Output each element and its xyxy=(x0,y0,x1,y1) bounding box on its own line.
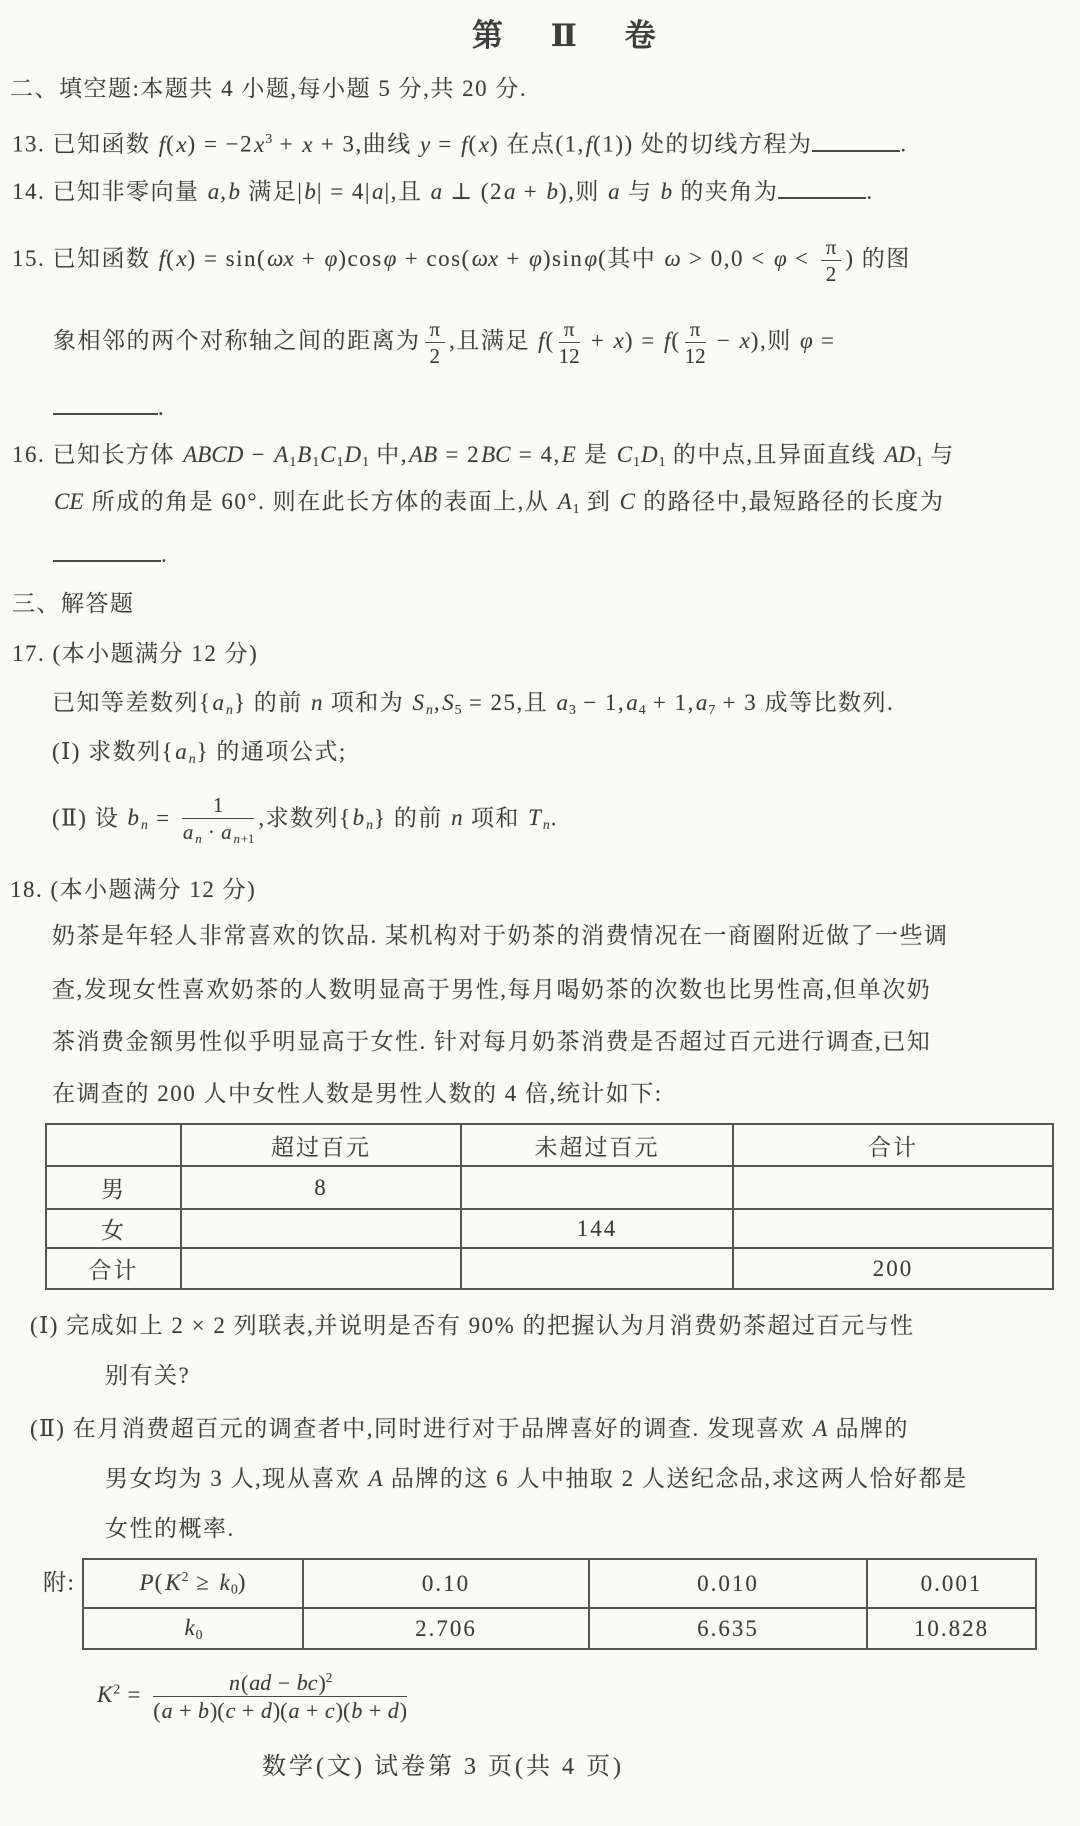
question-15-line-2: 象相邻的两个对称轴之间的距离为π2,且满足 f(π12 + x) = f(π12… xyxy=(53,318,835,367)
cell-female-total xyxy=(733,1209,1053,1248)
question-18-para-line-3: 茶消费金额男性似乎明显高于女性. 针对每月奶茶消费是否超过百元进行调查,已知 xyxy=(52,1027,931,1057)
cell-corner xyxy=(46,1124,181,1166)
cell-grand-total: 200 xyxy=(733,1248,1053,1289)
question-18-para-line-1: 奶茶是年轻人非常喜欢的饮品. 某机构对于奶茶的消费情况在一商圈附近做了一些调 xyxy=(52,921,949,951)
cell-male-total xyxy=(733,1166,1053,1209)
question-17-part-1: (Ⅰ) 求数列{an} 的通项公式; xyxy=(52,737,347,774)
question-18-part-2-line-2: 男女均为 3 人,现从喜欢 A 品牌的这 6 人中抽取 2 人送纪念品,求这两人… xyxy=(105,1464,968,1494)
table-row: 女 144 xyxy=(46,1209,1053,1248)
exam-page: 第 Ⅱ 卷 二、填空题:本题共 4 小题,每小题 5 分,共 20 分. 13.… xyxy=(0,0,1080,1826)
table-row: k0 2.706 6.635 10.828 xyxy=(83,1608,1036,1649)
cell-female-not-over: 144 xyxy=(461,1209,733,1248)
question-17-given: 已知等差数列{an} 的前 n 项和为 Sn,S5 = 25,且 a3 − 1,… xyxy=(52,688,894,725)
question-18-para-line-2: 查,发现女性喜欢奶茶的人数明显高于男性,每月喝奶茶的次数也比男性高,但单次奶 xyxy=(52,975,931,1005)
question-16-answer-blank: . xyxy=(53,537,168,570)
page-title: 第 Ⅱ 卷 xyxy=(472,16,676,56)
cell-k0-2706: 2.706 xyxy=(303,1608,589,1649)
cell-total-label: 合计 xyxy=(46,1248,181,1289)
table-row: 超过百元 未超过百元 合计 xyxy=(46,1124,1053,1166)
cell-total-not-over xyxy=(461,1248,733,1289)
cell-p-0010: 0.010 xyxy=(589,1559,867,1608)
cell-total-over xyxy=(181,1248,461,1289)
cell-p-0001: 0.001 xyxy=(867,1559,1036,1608)
question-18-part-2-line-3: 女性的概率. xyxy=(105,1514,235,1544)
cell-k0-10828: 10.828 xyxy=(867,1608,1036,1649)
question-16-line-1: 16. 已知长方体 ABCD − A1B1C1D1 中,AB = 2BC = 4… xyxy=(12,440,955,477)
cell-p-010: 0.10 xyxy=(303,1559,589,1608)
cell-header-over-100: 超过百元 xyxy=(181,1124,461,1166)
question-16-line-2: CE 所成的角是 60°. 则在此长方体的表面上,从 A1 到 C 的路径中,最… xyxy=(53,487,944,524)
question-14: 14. 已知非零向量 a,b 满足|b| = 4|a|,且 a ⊥ (2a + … xyxy=(12,174,874,207)
contingency-table: 超过百元 未超过百元 合计 男 8 女 144 合计 200 xyxy=(45,1123,1054,1290)
question-18-head: 18. (本小题满分 12 分) xyxy=(10,875,256,905)
appendix-label: 附: xyxy=(43,1568,75,1598)
fill-in-section-heading: 二、填空题:本题共 4 小题,每小题 5 分,共 20 分. xyxy=(10,74,527,104)
page-footer: 数学(文) 试卷第 3 页(共 4 页) xyxy=(262,1752,624,1782)
cell-k0-label: k0 xyxy=(83,1608,303,1649)
cell-female-over xyxy=(181,1209,461,1248)
solve-section-heading: 三、解答题 xyxy=(12,589,135,619)
question-13: 13. 已知函数 f(x) = −2x3 + x + 3,曲线 y = f(x)… xyxy=(12,124,908,160)
cell-k0-6635: 6.635 xyxy=(589,1608,867,1649)
question-15-answer-blank: . xyxy=(53,390,165,423)
k-squared-formula: K2 = n(ad − bc)2(a + b)(c + d)(a + c)(b … xyxy=(96,1671,411,1723)
question-18-part-2-line-1: (Ⅱ) 在月消费超百元的调查者中,同时进行对于品牌喜好的调查. 发现喜欢 A 品… xyxy=(30,1414,909,1444)
cell-male-over: 8 xyxy=(181,1166,461,1209)
question-17-head: 17. (本小题满分 12 分) xyxy=(12,639,258,669)
cell-header-total: 合计 xyxy=(733,1124,1053,1166)
question-18-part-1-line-2: 别有关? xyxy=(105,1361,190,1391)
question-15-line-1: 15. 已知函数 f(x) = sin(ωx + φ)cosφ + cos(ωx… xyxy=(12,236,911,285)
question-17-part-2: (Ⅱ) 设 bn = 1an · an+1,求数列{bn} 的前 n 项和 Tn… xyxy=(52,794,558,846)
table-row: P(K2 ≥ k0) 0.10 0.010 0.001 xyxy=(83,1559,1036,1608)
cell-male-label: 男 xyxy=(46,1166,181,1209)
cell-male-not-over xyxy=(461,1166,733,1209)
table-row: 合计 200 xyxy=(46,1248,1053,1289)
question-18-para-line-4: 在调查的 200 人中女性人数是男性人数的 4 倍,统计如下: xyxy=(52,1079,663,1109)
critical-value-table: P(K2 ≥ k0) 0.10 0.010 0.001 k0 2.706 6.6… xyxy=(82,1558,1037,1650)
cell-probability-label: P(K2 ≥ k0) xyxy=(83,1559,303,1608)
question-18-part-1-line-1: (Ⅰ) 完成如上 2 × 2 列联表,并说明是否有 90% 的把握认为月消费奶茶… xyxy=(30,1311,915,1341)
table-row: 男 8 xyxy=(46,1166,1053,1209)
cell-header-not-over-100: 未超过百元 xyxy=(461,1124,733,1166)
cell-female-label: 女 xyxy=(46,1209,181,1248)
